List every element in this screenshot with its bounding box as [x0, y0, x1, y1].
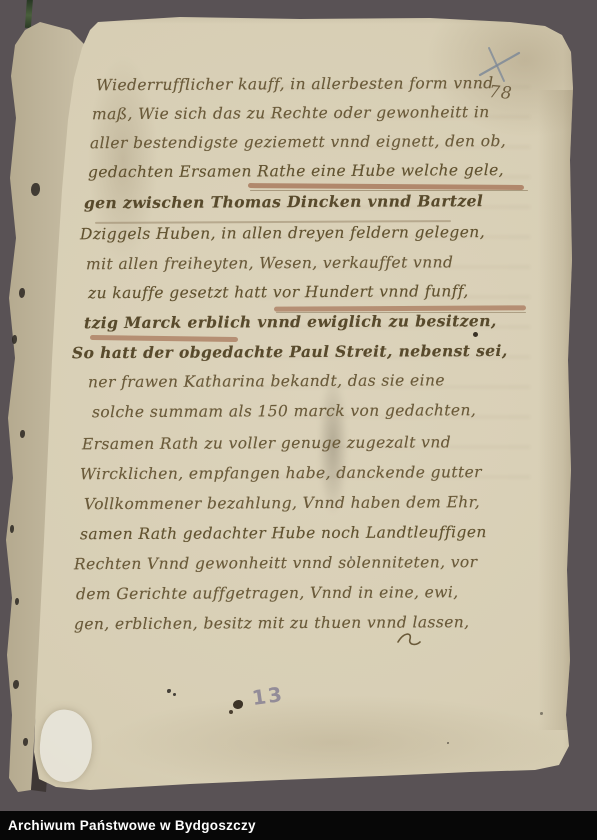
- manuscript-line: gen, erblichen, besitz mit zu thuen vnnd…: [74, 613, 534, 633]
- manuscript-line: solche summam als 150 marck von gedachte…: [92, 401, 552, 421]
- red-underline: [90, 335, 238, 342]
- red-underline: [248, 183, 524, 189]
- page-speck: [173, 693, 176, 696]
- pen-flourish: [396, 630, 422, 653]
- folio-number: 78: [488, 82, 513, 104]
- manuscript-line: tzig Marck erblich vnnd ewiglich zu besi…: [84, 311, 544, 332]
- manuscript-line: Wircklichen, empfangen habe, danckende g…: [80, 463, 540, 483]
- page-number: 13: [250, 682, 285, 710]
- manuscript-line: gen zwischen Thomas Dincken vnnd Bartzel: [84, 191, 544, 212]
- page-speck: [447, 742, 449, 744]
- manuscript-line: gedachten Ersamen Rathe eine Hube welche…: [88, 161, 548, 181]
- thin-underline: [250, 190, 528, 191]
- archival-scan: Wiederrufflicher kauff, in allerbesten f…: [0, 0, 597, 840]
- ink-speck: [229, 710, 233, 714]
- manuscript-line: zu kauffe gesetzt hatt vor Hundert vnnd …: [88, 282, 548, 302]
- manuscript-line: Vollkommener bezahlung, Vnnd haben dem E…: [84, 493, 544, 513]
- archive-watermark: Archiwum Państwowe w Bydgoszczy: [8, 818, 256, 833]
- manuscript-line: mit allen freiheyten, Wesen, verkauffet …: [86, 253, 546, 273]
- page-speck: [167, 689, 171, 693]
- binding-thread: [25, 0, 33, 28]
- thin-underline: [276, 312, 526, 313]
- manuscript-line: So hatt der obgedachte Paul Streit, nebe…: [72, 341, 532, 362]
- ink-blot: [233, 700, 243, 709]
- margin-ink-dot: [473, 332, 478, 337]
- caption-bar: Archiwum Państwowe w Bydgoszczy: [0, 811, 597, 840]
- manuscript-page: Wiederrufflicher kauff, in allerbesten f…: [0, 0, 597, 840]
- manuscript-line: maß, Wie sich das zu Rechte oder gewonhe…: [92, 103, 552, 123]
- manuscript-line: dem Gerichte auffgetragen, Vnnd in eine,…: [76, 583, 536, 603]
- manuscript-line: ner frawen Katharina bekandt, das sie ei…: [88, 371, 548, 391]
- repair-patch: [36, 707, 95, 784]
- manuscript-line: aller bestendigste geziemett vnnd eignet…: [90, 132, 550, 152]
- manuscript-line: samen Rath gedachter Hube noch Landtleuf…: [80, 523, 540, 543]
- manuscript-line: Dziggels Huben, in allen dreyen feldern …: [80, 223, 540, 243]
- manuscript-line: Ersamen Rath zu voller genuge zugezalt v…: [82, 433, 542, 453]
- manuscript-line: Rechten Vnnd gewonheitt vnnd solennitete…: [74, 553, 534, 573]
- page-speck: [540, 712, 543, 715]
- stain: [100, 695, 570, 790]
